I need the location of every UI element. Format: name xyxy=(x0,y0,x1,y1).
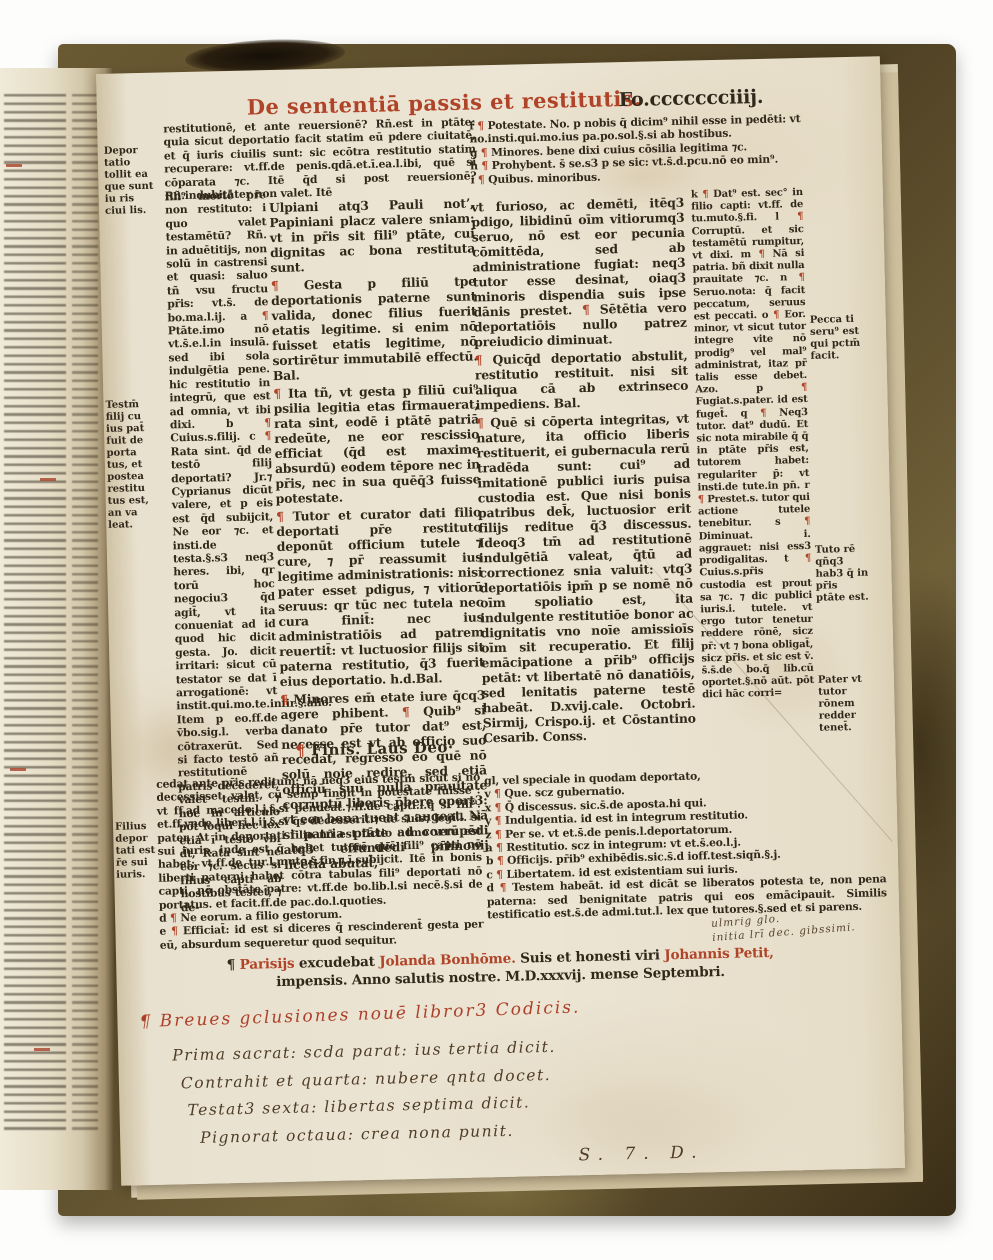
rubric-mark xyxy=(6,164,22,167)
running-title: De sententiā passis et restitutis. xyxy=(247,86,642,120)
colophon: ¶ Parisijs excudebat Jolanda Bonhōme. Su… xyxy=(211,945,790,993)
paragraph: ¶ Tutor et curator dati filio deportati … xyxy=(276,504,485,689)
folio-number: Fo.ccccccciiij. xyxy=(618,86,763,111)
paragraph: ¶ Quē si cōperta integritas, vt nature, … xyxy=(476,411,696,746)
paragraph: ¶ Quicq̄d deportatio abstulit, restituti… xyxy=(474,348,688,413)
right-gloss-column: k ¶ Dat⁹ est. sec° in filio capti: vt.ff… xyxy=(691,187,815,702)
side-note: Tuto rē qñq3 hab3 q̄ in pr̄is ptāte est. xyxy=(815,544,870,605)
handwritten-title: ¶ Breues gclusiones nouē libror3 Codicis… xyxy=(139,994,679,1032)
paragraph: ¶ Ita tñ, vt gesta p filiū cui⁹ psilia l… xyxy=(273,381,481,506)
previous-page-edge xyxy=(0,68,114,1190)
paragraph: e ¶ Efficiat̄: id est si diceres q̄ resc… xyxy=(159,918,484,952)
book-photograph: De sententiā passis et restitutis. Fo.cc… xyxy=(0,0,993,1260)
bottom-gloss-list: gl, vel speciale in quodam deportato, v … xyxy=(484,765,887,922)
side-note: Pecca ti seru⁹ est qui pctm̄ facit. xyxy=(810,314,865,363)
margin-note: Depor tatio tollit ea que sunt iu ris ci… xyxy=(104,145,156,218)
rubric-mark xyxy=(34,1048,50,1051)
previous-page-text-blur xyxy=(72,94,98,1130)
finis-line: ¶ Finis. Laus Deo· xyxy=(295,738,454,760)
rubric-mark xyxy=(40,478,56,481)
previous-page-text-blur xyxy=(4,94,66,1130)
paragraph: Ulpiani atq3 Pauli notʼ, Papiniani placz… xyxy=(269,195,476,275)
bottom-gloss-left: cedat ante pr̄is reditum: nā neq3 eius t… xyxy=(156,770,484,952)
right-intro-gloss: f ¶ Potestate. No. p nobis q̄ dicim⁹ nih… xyxy=(469,112,802,187)
side-note: Pater vt tutor rōnem redder tenet̄. xyxy=(818,674,873,735)
handwritten-initials: S. 7. D. xyxy=(578,1142,704,1165)
rubric-mark xyxy=(10,768,26,771)
paragraph: cedat ante pr̄is reditum: nā neq3 eius t… xyxy=(156,770,483,911)
main-column-right: vt furioso, ac demēti, itēq3 pdigo, libi… xyxy=(471,195,696,749)
paragraph: ¶ Gesta p filiū tpe deportationis patern… xyxy=(271,273,478,383)
paragraph: vt furioso, ac demēti, itēq3 pdigo, libi… xyxy=(471,195,687,350)
handwritten-verse: Prima sacrat: scda parat: ius tertia dic… xyxy=(172,1030,734,1153)
page: De sententiā passis et restitutis. Fo.cc… xyxy=(96,56,905,1186)
margin-note: Testm̄ filij cu ius pat̄ fuit de porta t… xyxy=(105,399,162,532)
